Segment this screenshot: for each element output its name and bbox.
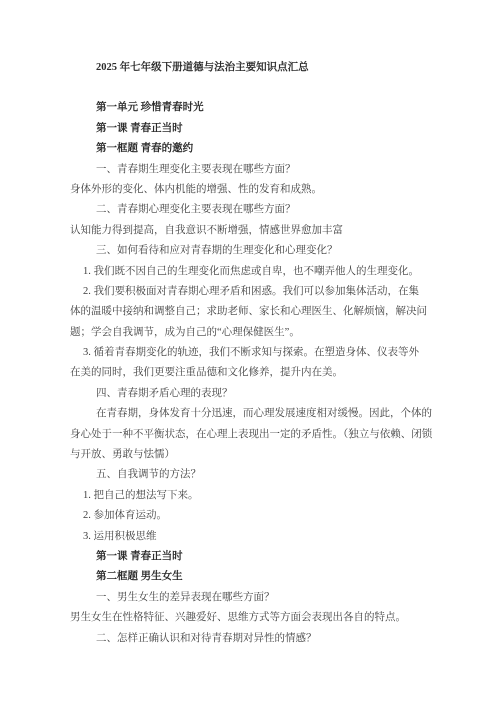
continuation-line: 题；学会自我调节，成为自己的“心理保健医生”。 <box>70 323 434 343</box>
doc-title: 2025 年七年级下册道德与法治主要知识点汇总 <box>70 58 434 78</box>
numbered-item: 1. 我们既不因自己的生理变化而焦虑或自卑，也不嘲弄他人的生理变化。 <box>70 262 434 282</box>
question-line: 一、青春期生理变化主要表现在哪些方面？ <box>70 160 434 180</box>
question-line: 三、如何看待和应对青春期的生理变化和心理变化？ <box>70 241 434 261</box>
title-gap <box>70 78 434 98</box>
continuation-line: 身心处于一种不平衡状态，在心理上表现出一定的矛盾性。（独立与依赖、闭锁 <box>70 425 434 445</box>
numbered-item: 1. 把自己的想法写下来。 <box>70 486 434 506</box>
numbered-item: 2. 我们要积极面对青春期心理矛盾和困惑。我们可以参加集体活动，在集 <box>70 282 434 302</box>
document-page: 2025 年七年级下册道德与法治主要知识点汇总 第一单元 珍惜青春时光 第一课 … <box>0 0 500 707</box>
lesson-heading: 第一课 青春正当时 <box>70 119 434 139</box>
answer-first-line: 在青春期，身体发育十分迅速，而心理发展速度相对缓慢。因此，个体的 <box>70 404 434 424</box>
answer-line: 男生女生在性格特征、兴趣爱好、思维方式等方面会表现出各自的特点。 <box>70 608 434 628</box>
answer-line: 身体外形的变化、体内机能的增强、性的发育和成熟。 <box>70 180 434 200</box>
question-line: 五、自我调节的方法？ <box>70 465 434 485</box>
question-line: 二、怎样正确认识和对待青春期对异性的情感？ <box>70 629 434 649</box>
lesson-heading: 第一课 青春正当时 <box>70 547 434 567</box>
frame-heading: 第一框题 青春的邀约 <box>70 139 434 159</box>
continuation-line: 在美的同时，我们更要注重品德和文化修养，提升内在美。 <box>70 363 434 383</box>
question-line: 四、青春期矛盾心理的表现？ <box>70 384 434 404</box>
numbered-item: 3. 循着青春期变化的轨迹，我们不断求知与探索。在塑造身体、仪表等外 <box>70 343 434 363</box>
continuation-line: 与开放、勇敢与怯懦） <box>70 445 434 465</box>
question-line: 一、男生女生的差异表现在哪些方面？ <box>70 588 434 608</box>
continuation-line: 体的温暖中接纳和调整自己；求助老师、家长和心理医生、化解烦恼，解决问 <box>70 302 434 322</box>
answer-line: 认知能力得到提高，自我意识不断增强，情感世界愈加丰富 <box>70 221 434 241</box>
frame-heading: 第二框题 男生女生 <box>70 567 434 587</box>
question-line: 二、青春期心理变化主要表现在哪些方面？ <box>70 200 434 220</box>
numbered-item: 2. 参加体育运动。 <box>70 506 434 526</box>
numbered-item: 3. 运用积极思维 <box>70 527 434 547</box>
unit-heading: 第一单元 珍惜青春时光 <box>70 98 434 118</box>
